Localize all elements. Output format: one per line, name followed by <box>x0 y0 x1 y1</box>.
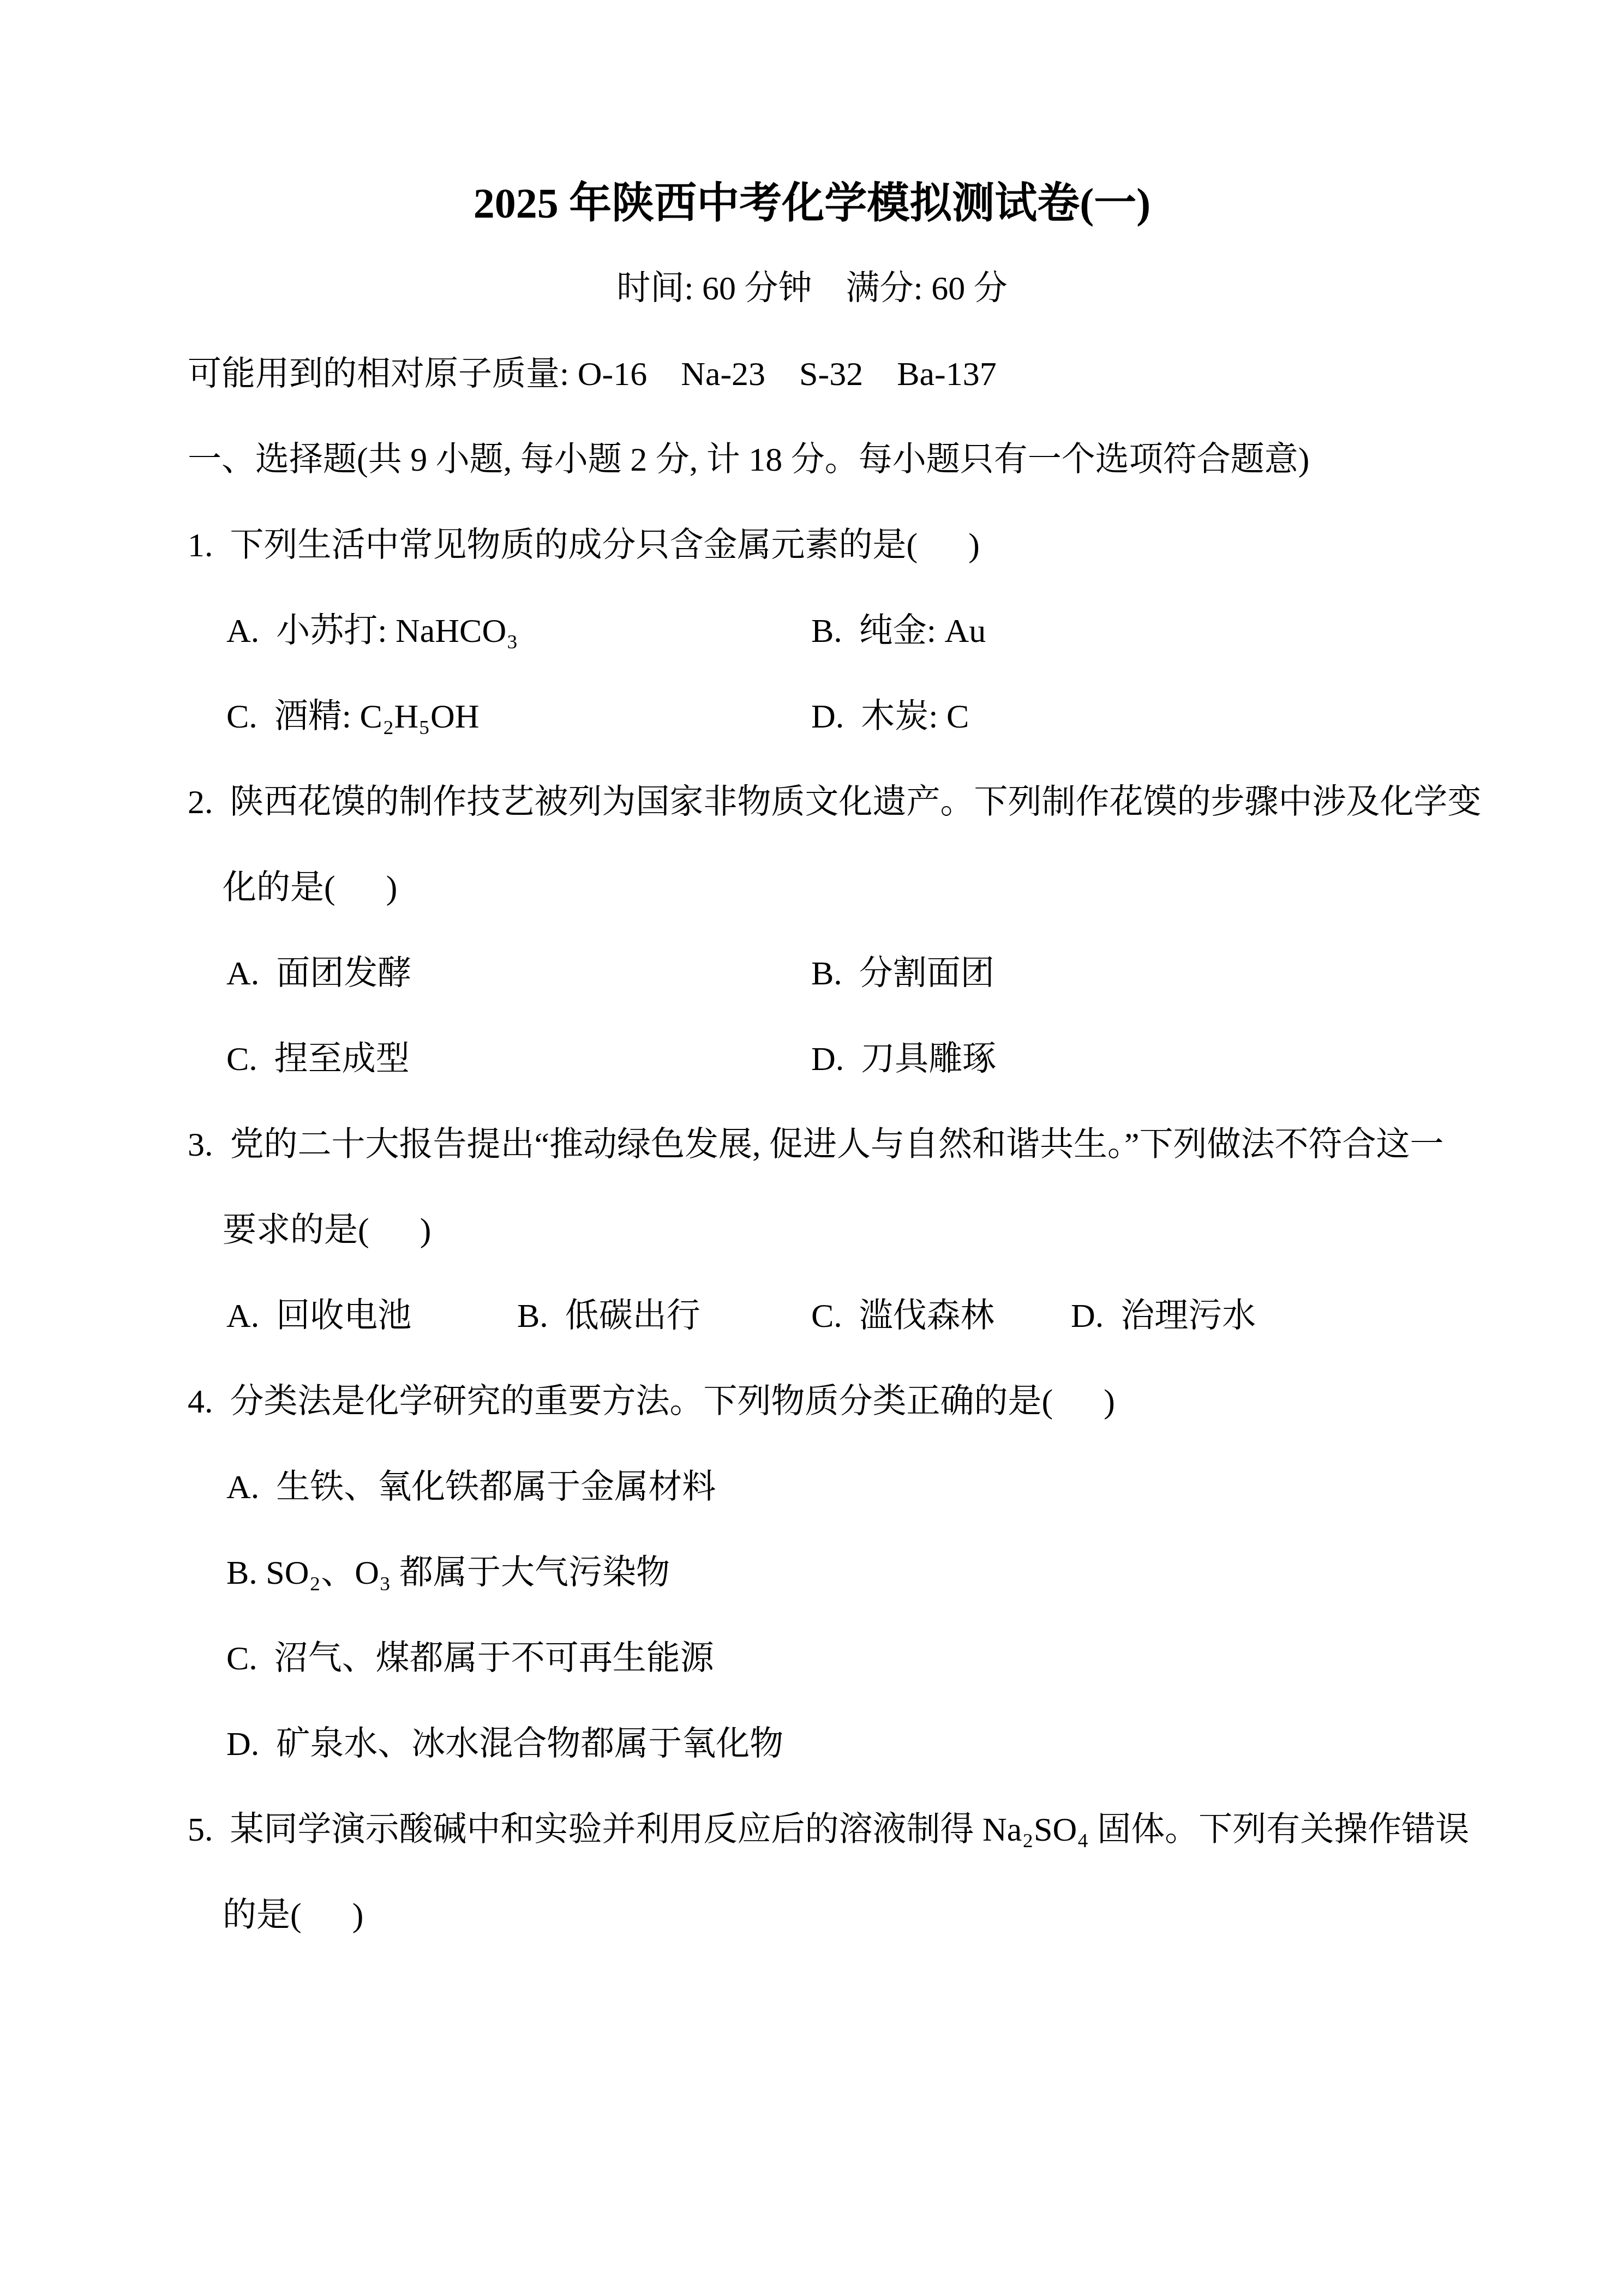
question-3-option-b: B. 低碳出行 <box>517 1273 700 1359</box>
exam-title: 2025 年陕西中考化学模拟测试卷(一) <box>0 160 1624 246</box>
question-4-option-c: C. 沼气、煤都属于不可再生能源 <box>226 1616 714 1702</box>
question-5-stem-line-1: 5. 某同学演示酸碱中和实验并利用反应后的溶液制得 Na₂SO₄ 固体。下列有关… <box>0 1787 1624 1873</box>
question-1-options-row-1: A. 小苏打: NaHCO₃ B. 纯金: Au <box>0 588 1624 674</box>
question-2-stem-line-2: 化的是( ) <box>0 845 1624 931</box>
question-4-option-row-a: A. 生铁、氧化铁都属于金属材料 <box>0 1445 1624 1530</box>
question-3-options-row: A. 回收电池 B. 低碳出行 C. 滥伐森林 D. 治理污水 <box>0 1273 1624 1359</box>
question-4-option-a: A. 生铁、氧化铁都属于金属材料 <box>226 1445 716 1530</box>
question-2-stem-line-1: 2. 陕西花馍的制作技艺被列为国家非物质文化遗产。下列制作花馍的步骤中涉及化学变 <box>0 760 1624 845</box>
question-3-option-a: A. 回收电池 <box>226 1273 411 1359</box>
question-1-option-d: D. 木炭: C <box>811 674 969 760</box>
question-2-option-b: B. 分割面团 <box>811 931 994 1017</box>
question-1-options-row-2: C. 酒精: C₂H₅OH D. 木炭: C <box>0 674 1624 760</box>
exam-paper-page: 2025 年陕西中考化学模拟测试卷(一) 时间: 60 分钟 满分: 60 分 … <box>0 160 1624 1958</box>
atomic-masses-note: 可能用到的相对原子质量: O-16 Na-23 S-32 Ba-137 <box>0 332 1624 417</box>
question-1-option-b: B. 纯金: Au <box>811 588 986 674</box>
question-1-stem: 1. 下列生活中常见物质的成分只含金属元素的是( ) <box>0 503 1624 588</box>
question-2-option-c: C. 捏至成型 <box>226 1017 410 1102</box>
question-4-option-row-b: B. SO₂、O₃ 都属于大气污染物 <box>0 1530 1624 1616</box>
question-3-option-c: C. 滥伐森林 <box>811 1273 994 1359</box>
question-4-option-row-d: D. 矿泉水、冰水混合物都属于氧化物 <box>0 1702 1624 1787</box>
question-5-stem-line-2: 的是( ) <box>0 1873 1624 1958</box>
question-1-option-a: A. 小苏打: NaHCO₃ <box>226 588 518 674</box>
question-2-options-row-2: C. 捏至成型 D. 刀具雕琢 <box>0 1017 1624 1102</box>
question-2-option-d: D. 刀具雕琢 <box>811 1017 996 1102</box>
question-2-option-a: A. 面团发酵 <box>226 931 411 1017</box>
question-1-option-c: C. 酒精: C₂H₅OH <box>226 674 480 760</box>
exam-meta: 时间: 60 分钟 满分: 60 分 <box>0 246 1624 332</box>
question-4-option-d: D. 矿泉水、冰水混合物都属于氧化物 <box>226 1702 783 1787</box>
question-4-option-row-c: C. 沼气、煤都属于不可再生能源 <box>0 1616 1624 1702</box>
question-3-option-d: D. 治理污水 <box>1071 1273 1256 1359</box>
section-1-heading: 一、选择题(共 9 小题, 每小题 2 分, 计 18 分。每小题只有一个选项符… <box>0 417 1624 503</box>
question-3-stem-line-1: 3. 党的二十大报告提出“推动绿色发展, 促进人与自然和谐共生。”下列做法不符合… <box>0 1102 1624 1188</box>
question-4-stem: 4. 分类法是化学研究的重要方法。下列物质分类正确的是( ) <box>0 1359 1624 1445</box>
question-4-option-b: B. SO₂、O₃ 都属于大气污染物 <box>226 1530 670 1616</box>
question-2-options-row-1: A. 面团发酵 B. 分割面团 <box>0 931 1624 1017</box>
question-3-stem-line-2: 要求的是( ) <box>0 1188 1624 1273</box>
